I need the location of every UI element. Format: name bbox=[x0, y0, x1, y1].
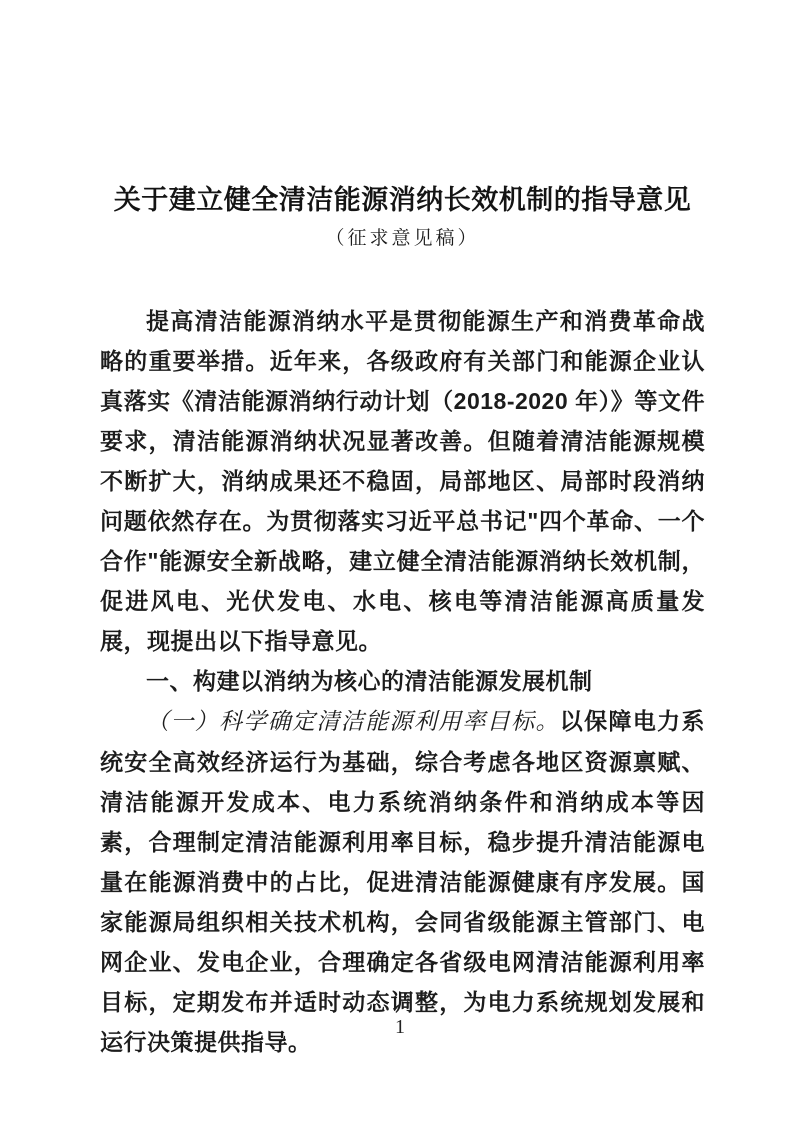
document-body: 提高清洁能源消纳水平是贯彻能源生产和消费革命战略的重要举措。近年来，各级政府有关… bbox=[100, 301, 705, 1062]
document-page: 关于建立健全清洁能源消纳长效机制的指导意见 （征求意见稿） 提高清洁能源消纳水平… bbox=[0, 0, 800, 1131]
document-title: 关于建立健全清洁能源消纳长效机制的指导意见 bbox=[100, 183, 705, 217]
body-paragraph: （一）科学确定清洁能源利用率目标。以保障电力系统安全高效经济运行为基础，综合考虑… bbox=[100, 701, 705, 1062]
page-number: 1 bbox=[0, 1016, 800, 1039]
paragraph-lead: （一）科学确定清洁能源利用率目标。 bbox=[146, 709, 560, 734]
document-subtitle: （征求意见稿） bbox=[100, 227, 705, 251]
body-paragraph: 提高清洁能源消纳水平是贯彻能源生产和消费革命战略的重要举措。近年来，各级政府有关… bbox=[100, 301, 705, 661]
section-heading: 一、构建以消纳为核心的清洁能源发展机制 bbox=[100, 661, 705, 701]
